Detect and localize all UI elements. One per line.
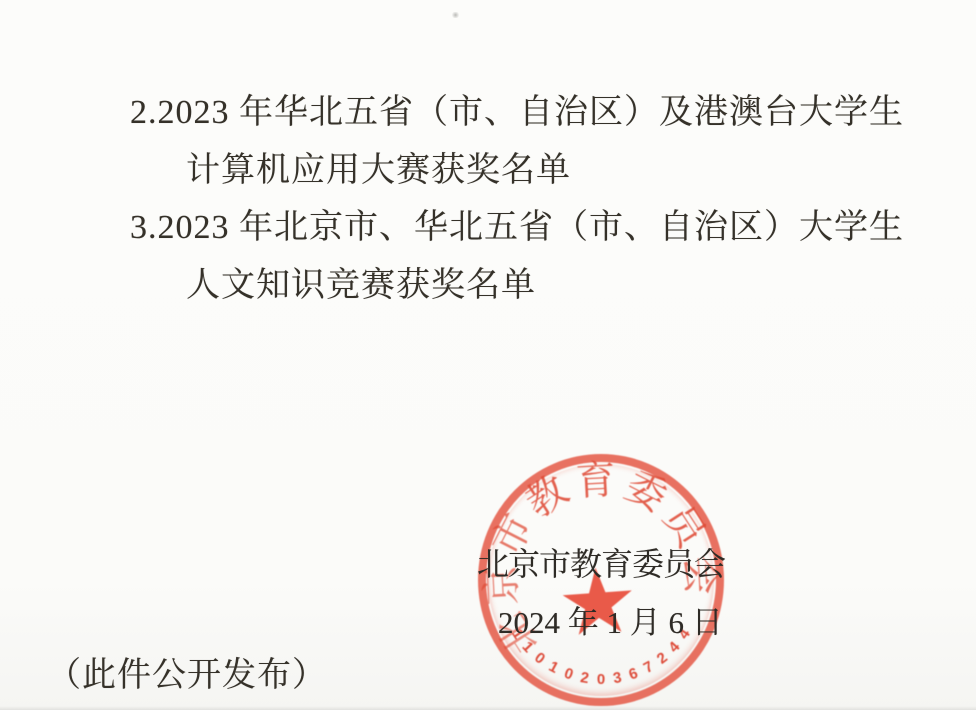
list-line: 人文知识竞赛获奖名单 <box>186 257 904 315</box>
issue-date: 2024 年 1 月 6 日 <box>498 597 723 642</box>
list-line: 3.2023 年北京市、华北五省（市、自治区）大学生 <box>130 199 904 257</box>
issuer-name: 北京市教育委员会 <box>477 539 725 585</box>
list-line: 2.2023 年华北五省（市、自治区）及港澳台大学生 <box>130 84 904 142</box>
seal-code-digit: 0 <box>593 671 609 689</box>
document-page: 2.2023 年华北五省（市、自治区）及港澳台大学生 计算机应用大赛获奖名单 3… <box>0 0 976 710</box>
scan-edge <box>0 706 976 710</box>
seal-ring-char: 育 <box>574 459 618 503</box>
scan-artifact <box>451 12 460 18</box>
public-release-note: （此件公开发布） <box>47 647 327 696</box>
seal-code-digit: 2 <box>575 668 594 688</box>
annex-list: 2.2023 年华北五省（市、自治区）及港澳台大学生 计算机应用大赛获奖名单 3… <box>130 84 904 314</box>
list-line: 计算机应用大赛获奖名单 <box>186 142 904 200</box>
